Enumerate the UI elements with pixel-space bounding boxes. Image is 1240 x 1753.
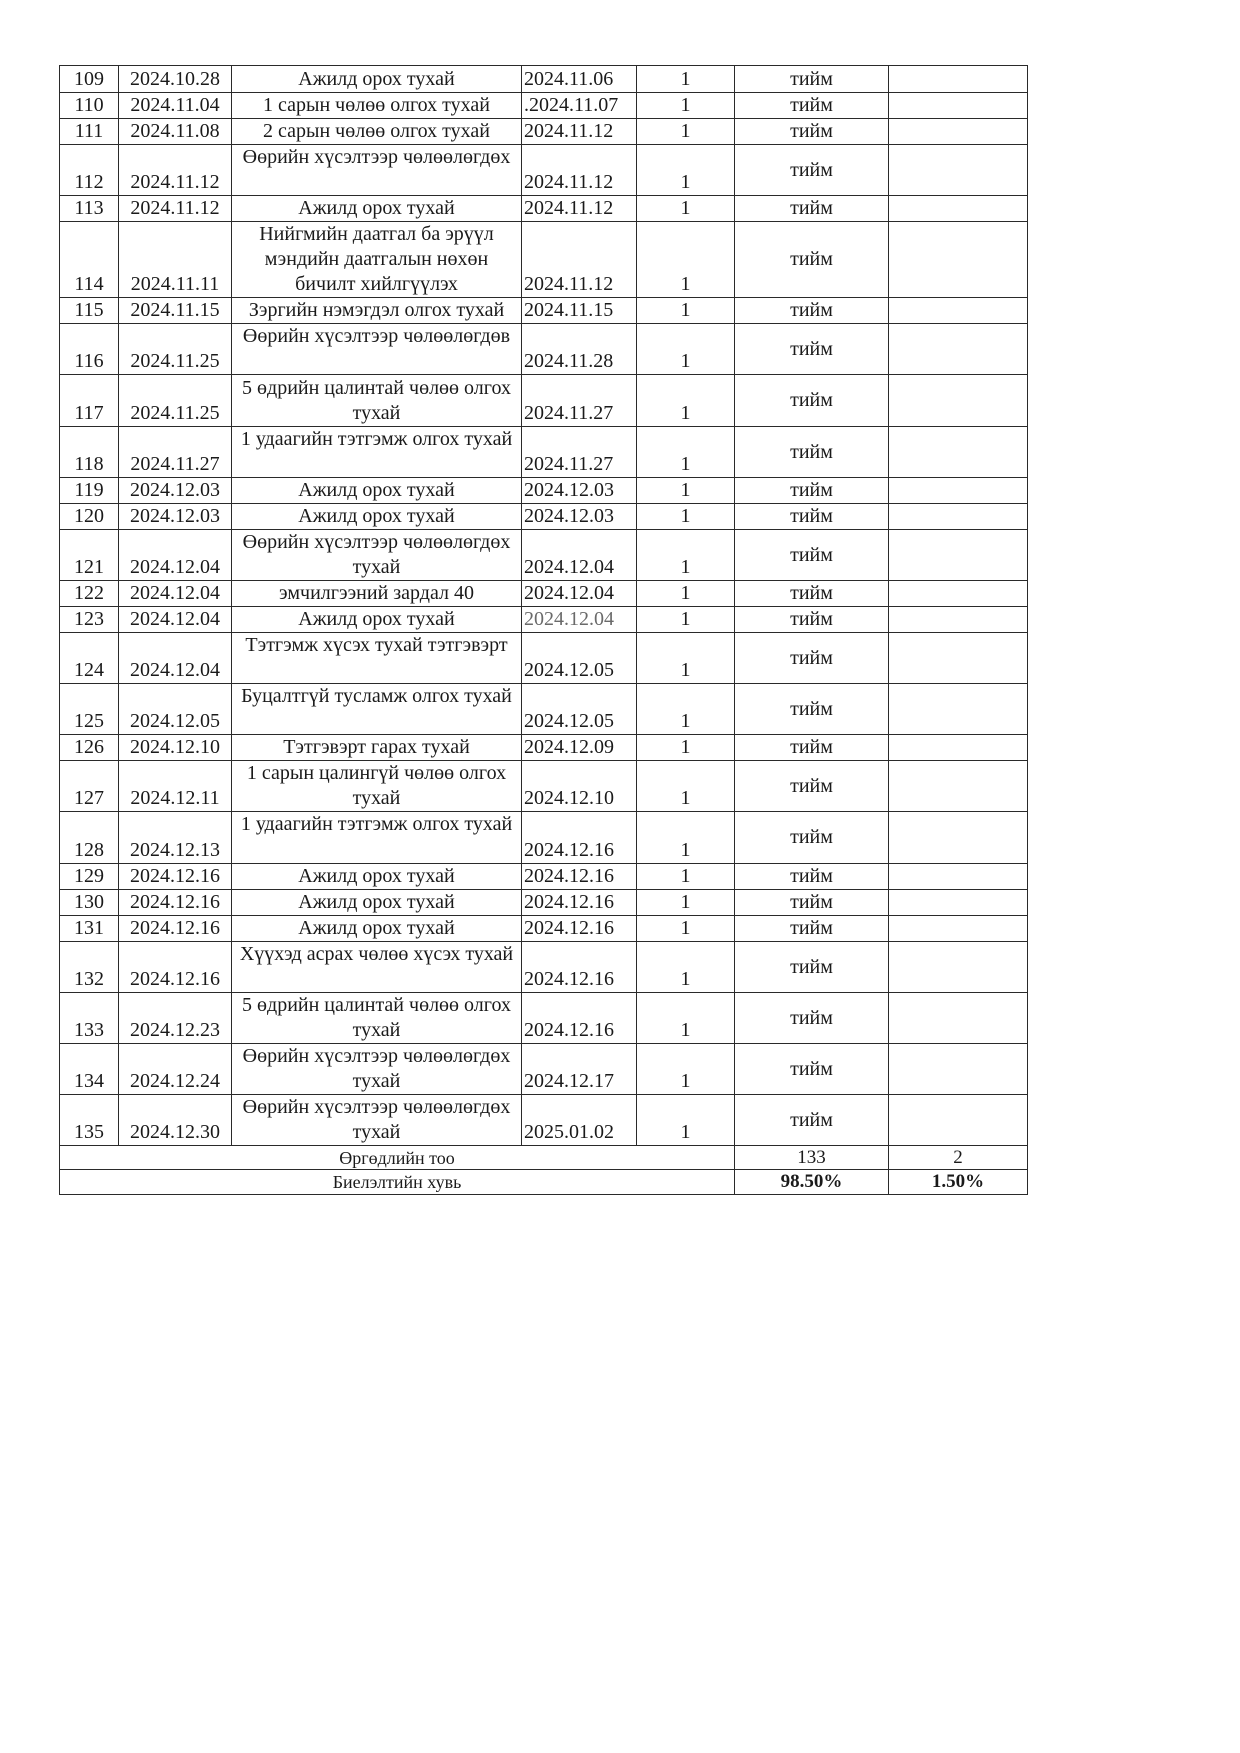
resolved-status: тийм [735, 864, 889, 890]
application-subject: Ажилд орох тухай [232, 196, 522, 222]
resolved-status: тийм [735, 1095, 889, 1146]
application-subject: Ажилд орох тухай [232, 890, 522, 916]
count: 1 [637, 93, 735, 119]
application-date: 2024.10.28 [119, 66, 232, 93]
note [889, 298, 1028, 324]
count: 1 [637, 916, 735, 942]
row-number: 115 [60, 298, 119, 324]
note [889, 890, 1028, 916]
resolved-status: тийм [735, 530, 889, 581]
application-subject: 1 сарын цалингүй чөлөө олгох тухай [232, 761, 522, 812]
note [889, 1095, 1028, 1146]
row-number: 111 [60, 119, 119, 145]
row-number: 122 [60, 581, 119, 607]
decision-date: 2025.01.02 [522, 1095, 637, 1146]
application-date: 2024.11.11 [119, 222, 232, 298]
note [889, 607, 1028, 633]
table-row: 1182024.11.271 удаагийн тэтгэмж олгох ту… [60, 427, 1028, 478]
application-date: 2024.11.27 [119, 427, 232, 478]
table-row: 1312024.12.16Ажилд орох тухай2024.12.161… [60, 916, 1028, 942]
table-row: 1222024.12.04эмчилгээний зардал 402024.1… [60, 581, 1028, 607]
application-subject: эмчилгээний зардал 40 [232, 581, 522, 607]
application-subject: Ажилд орох тухай [232, 504, 522, 530]
note [889, 812, 1028, 864]
decision-date: 2024.12.16 [522, 864, 637, 890]
note [889, 119, 1028, 145]
decision-date: 2024.12.03 [522, 478, 637, 504]
row-number: 120 [60, 504, 119, 530]
table-row: 1202024.12.03Ажилд орох тухай2024.12.031… [60, 504, 1028, 530]
row-number: 124 [60, 633, 119, 684]
note [889, 993, 1028, 1044]
count: 1 [637, 761, 735, 812]
decision-date: 2024.12.05 [522, 684, 637, 735]
table-row: 1152024.11.15Зэргийн нэмэгдэл олгох туха… [60, 298, 1028, 324]
decision-date: 2024.11.12 [522, 145, 637, 196]
count: 1 [637, 324, 735, 375]
application-date: 2024.11.25 [119, 324, 232, 375]
resolved-status: тийм [735, 942, 889, 993]
decision-date: 2024.11.28 [522, 324, 637, 375]
resolved-status: тийм [735, 581, 889, 607]
application-date: 2024.11.04 [119, 93, 232, 119]
count: 1 [637, 735, 735, 761]
application-subject: 1 удаагийн тэтгэмж олгох тухай [232, 812, 522, 864]
count: 1 [637, 942, 735, 993]
application-date: 2024.12.16 [119, 916, 232, 942]
table-row: 1142024.11.11Нийгмийн даатгал ба эрүүл м… [60, 222, 1028, 298]
decision-date: 2024.12.16 [522, 812, 637, 864]
count: 1 [637, 145, 735, 196]
application-date: 2024.11.08 [119, 119, 232, 145]
note [889, 222, 1028, 298]
row-number: 112 [60, 145, 119, 196]
count: 1 [637, 119, 735, 145]
application-subject: Ажилд орох тухай [232, 916, 522, 942]
note [889, 735, 1028, 761]
table-row: 1342024.12.24Өөрийн хүсэлтээр чөлөөлөгдө… [60, 1044, 1028, 1095]
table-row: 1242024.12.04Тэтгэмж хүсэх тухай тэтгэвэ… [60, 633, 1028, 684]
application-date: 2024.12.16 [119, 864, 232, 890]
count: 1 [637, 633, 735, 684]
note [889, 145, 1028, 196]
resolved-status: тийм [735, 812, 889, 864]
count: 1 [637, 196, 735, 222]
note [889, 196, 1028, 222]
note [889, 942, 1028, 993]
row-number: 113 [60, 196, 119, 222]
decision-date: 2024.12.05 [522, 633, 637, 684]
note [889, 864, 1028, 890]
summary-percent-no: 1.50% [889, 1170, 1028, 1195]
count: 1 [637, 478, 735, 504]
row-number: 121 [60, 530, 119, 581]
resolved-status: тийм [735, 93, 889, 119]
row-number: 134 [60, 1044, 119, 1095]
count: 1 [637, 427, 735, 478]
resolved-status: тийм [735, 761, 889, 812]
table-row: 1162024.11.25Өөрийн хүсэлтээр чөлөөлөгдө… [60, 324, 1028, 375]
table-body: 1092024.10.28Ажилд орох тухай2024.11.061… [60, 66, 1028, 1146]
decision-date: 2024.12.09 [522, 735, 637, 761]
note [889, 324, 1028, 375]
application-date: 2024.12.24 [119, 1044, 232, 1095]
application-date: 2024.11.12 [119, 145, 232, 196]
decision-date: 2024.11.15 [522, 298, 637, 324]
application-date: 2024.12.05 [119, 684, 232, 735]
note [889, 93, 1028, 119]
table-row: 1122024.11.12Өөрийн хүсэлтээр чөлөөлөгдө… [60, 145, 1028, 196]
count: 1 [637, 222, 735, 298]
application-date: 2024.12.30 [119, 1095, 232, 1146]
applications-table: 1092024.10.28Ажилд орох тухай2024.11.061… [59, 65, 1028, 1195]
table-row: 1252024.12.05Буцалтгүй тусламж олгох тух… [60, 684, 1028, 735]
count: 1 [637, 1044, 735, 1095]
summary-count-no: 2 [889, 1146, 1028, 1170]
row-number: 131 [60, 916, 119, 942]
count: 1 [637, 298, 735, 324]
application-date: 2024.11.12 [119, 196, 232, 222]
application-date: 2024.12.16 [119, 890, 232, 916]
table-row: 1332024.12.235 өдрийн цалинтай чөлөө олг… [60, 993, 1028, 1044]
application-subject: Хүүхэд асрах чөлөө хүсэх тухай [232, 942, 522, 993]
decision-date: 2024.12.16 [522, 942, 637, 993]
decision-date: 2024.12.16 [522, 890, 637, 916]
application-subject: 1 удаагийн тэтгэмж олгох тухай [232, 427, 522, 478]
decision-date: 2024.12.16 [522, 916, 637, 942]
note [889, 478, 1028, 504]
decision-date: 2024.11.12 [522, 222, 637, 298]
summary-count-label: Өргөдлийн тоо [60, 1146, 735, 1170]
resolved-status: тийм [735, 478, 889, 504]
row-number: 126 [60, 735, 119, 761]
application-date: 2024.12.04 [119, 581, 232, 607]
application-date: 2024.12.10 [119, 735, 232, 761]
resolved-status: тийм [735, 66, 889, 93]
note [889, 530, 1028, 581]
application-subject: Тэтгэмж хүсэх тухай тэтгэвэрт [232, 633, 522, 684]
note [889, 66, 1028, 93]
application-date: 2024.11.25 [119, 375, 232, 427]
resolved-status: тийм [735, 1044, 889, 1095]
decision-date: 2024.12.04 [522, 581, 637, 607]
resolved-status: тийм [735, 222, 889, 298]
row-number: 119 [60, 478, 119, 504]
row-number: 117 [60, 375, 119, 427]
application-subject: Ажилд орох тухай [232, 864, 522, 890]
application-subject: Зэргийн нэмэгдэл олгох тухай [232, 298, 522, 324]
application-subject: Нийгмийн даатгал ба эрүүл мэндийн даатга… [232, 222, 522, 298]
table-row: 1272024.12.111 сарын цалингүй чөлөө олго… [60, 761, 1028, 812]
row-number: 110 [60, 93, 119, 119]
decision-date: 2024.11.06 [522, 66, 637, 93]
decision-date: 2024.12.04 [522, 607, 637, 633]
table-row: 1302024.12.16Ажилд орох тухай2024.12.161… [60, 890, 1028, 916]
resolved-status: тийм [735, 427, 889, 478]
application-subject: Буцалтгүй тусламж олгох тухай [232, 684, 522, 735]
row-number: 128 [60, 812, 119, 864]
row-number: 118 [60, 427, 119, 478]
note [889, 504, 1028, 530]
note [889, 633, 1028, 684]
table-row: 1352024.12.30Өөрийн хүсэлтээр чөлөөлөгдө… [60, 1095, 1028, 1146]
table-row: 1322024.12.16Хүүхэд асрах чөлөө хүсэх ту… [60, 942, 1028, 993]
note [889, 1044, 1028, 1095]
table-row: 1232024.12.04Ажилд орох тухай2024.12.041… [60, 607, 1028, 633]
decision-date: 2024.12.16 [522, 993, 637, 1044]
application-subject: Өөрийн хүсэлтээр чөлөөлөгдөх тухай [232, 1095, 522, 1146]
note [889, 375, 1028, 427]
application-subject: Ажилд орох тухай [232, 478, 522, 504]
table-row: 1092024.10.28Ажилд орох тухай2024.11.061… [60, 66, 1028, 93]
application-date: 2024.12.04 [119, 530, 232, 581]
application-subject: Өөрийн хүсэлтээр чөлөөлөгдөх тухай [232, 1044, 522, 1095]
application-date: 2024.12.03 [119, 504, 232, 530]
note [889, 581, 1028, 607]
count: 1 [637, 607, 735, 633]
summary-percent-row: Биелэлтийн хувь 98.50% 1.50% [60, 1170, 1028, 1195]
table-row: 1292024.12.16Ажилд орох тухай2024.12.161… [60, 864, 1028, 890]
decision-date: 2024.12.10 [522, 761, 637, 812]
summary-count-row: Өргөдлийн тоо 133 2 [60, 1146, 1028, 1170]
decision-date: .2024.11.07 [522, 93, 637, 119]
application-subject: 5 өдрийн цалинтай чөлөө олгох тухай [232, 993, 522, 1044]
count: 1 [637, 684, 735, 735]
decision-date: 2024.11.27 [522, 427, 637, 478]
count: 1 [637, 581, 735, 607]
row-number: 127 [60, 761, 119, 812]
decision-date: 2024.12.17 [522, 1044, 637, 1095]
resolved-status: тийм [735, 375, 889, 427]
decision-date: 2024.11.12 [522, 119, 637, 145]
row-number: 133 [60, 993, 119, 1044]
application-subject: 2 сарын чөлөө олгох тухай [232, 119, 522, 145]
table-row: 1112024.11.082 сарын чөлөө олгох тухай20… [60, 119, 1028, 145]
resolved-status: тийм [735, 119, 889, 145]
resolved-status: тийм [735, 607, 889, 633]
application-date: 2024.12.23 [119, 993, 232, 1044]
row-number: 114 [60, 222, 119, 298]
note [889, 761, 1028, 812]
count: 1 [637, 375, 735, 427]
count: 1 [637, 993, 735, 1044]
resolved-status: тийм [735, 735, 889, 761]
table-row: 1102024.11.041 сарын чөлөө олгох тухай.2… [60, 93, 1028, 119]
application-date: 2024.12.16 [119, 942, 232, 993]
note [889, 684, 1028, 735]
table-row: 1212024.12.04Өөрийн хүсэлтээр чөлөөлөгдө… [60, 530, 1028, 581]
table-summary: Өргөдлийн тоо 133 2 Биелэлтийн хувь 98.5… [60, 1146, 1028, 1195]
application-date: 2024.12.13 [119, 812, 232, 864]
row-number: 135 [60, 1095, 119, 1146]
resolved-status: тийм [735, 324, 889, 375]
table-row: 1132024.11.12Ажилд орох тухай2024.11.121… [60, 196, 1028, 222]
count: 1 [637, 812, 735, 864]
application-subject: 1 сарын чөлөө олгох тухай [232, 93, 522, 119]
row-number: 129 [60, 864, 119, 890]
count: 1 [637, 1095, 735, 1146]
application-date: 2024.12.11 [119, 761, 232, 812]
application-subject: Ажилд орох тухай [232, 66, 522, 93]
table-row: 1262024.12.10Тэтгэвэрт гарах тухай2024.1… [60, 735, 1028, 761]
resolved-status: тийм [735, 145, 889, 196]
application-date: 2024.12.03 [119, 478, 232, 504]
count: 1 [637, 504, 735, 530]
table-row: 1172024.11.255 өдрийн цалинтай чөлөө олг… [60, 375, 1028, 427]
decision-date: 2024.12.03 [522, 504, 637, 530]
application-date: 2024.12.04 [119, 607, 232, 633]
application-date: 2024.12.04 [119, 633, 232, 684]
row-number: 123 [60, 607, 119, 633]
resolved-status: тийм [735, 916, 889, 942]
count: 1 [637, 66, 735, 93]
decision-date: 2024.12.04 [522, 530, 637, 581]
resolved-status: тийм [735, 633, 889, 684]
application-subject: Ажилд орох тухай [232, 607, 522, 633]
resolved-status: тийм [735, 890, 889, 916]
summary-percent-label: Биелэлтийн хувь [60, 1170, 735, 1195]
application-subject: 5 өдрийн цалинтай чөлөө олгох тухай [232, 375, 522, 427]
row-number: 130 [60, 890, 119, 916]
application-subject: Тэтгэвэрт гарах тухай [232, 735, 522, 761]
resolved-status: тийм [735, 993, 889, 1044]
row-number: 125 [60, 684, 119, 735]
count: 1 [637, 864, 735, 890]
row-number: 109 [60, 66, 119, 93]
row-number: 132 [60, 942, 119, 993]
resolved-status: тийм [735, 196, 889, 222]
table-row: 1282024.12.131 удаагийн тэтгэмж олгох ту… [60, 812, 1028, 864]
decision-date: 2024.11.12 [522, 196, 637, 222]
count: 1 [637, 530, 735, 581]
row-number: 116 [60, 324, 119, 375]
summary-count-yes: 133 [735, 1146, 889, 1170]
summary-percent-yes: 98.50% [735, 1170, 889, 1195]
note [889, 427, 1028, 478]
table-row: 1192024.12.03Ажилд орох тухай2024.12.031… [60, 478, 1028, 504]
resolved-status: тийм [735, 504, 889, 530]
decision-date: 2024.11.27 [522, 375, 637, 427]
count: 1 [637, 890, 735, 916]
application-date: 2024.11.15 [119, 298, 232, 324]
resolved-status: тийм [735, 684, 889, 735]
resolved-status: тийм [735, 298, 889, 324]
application-subject: Өөрийн хүсэлтээр чөлөөлөгдөх [232, 145, 522, 196]
note [889, 916, 1028, 942]
application-subject: Өөрийн хүсэлтээр чөлөөлөгдөх тухай [232, 530, 522, 581]
application-subject: Өөрийн хүсэлтээр чөлөөлөгдөв [232, 324, 522, 375]
